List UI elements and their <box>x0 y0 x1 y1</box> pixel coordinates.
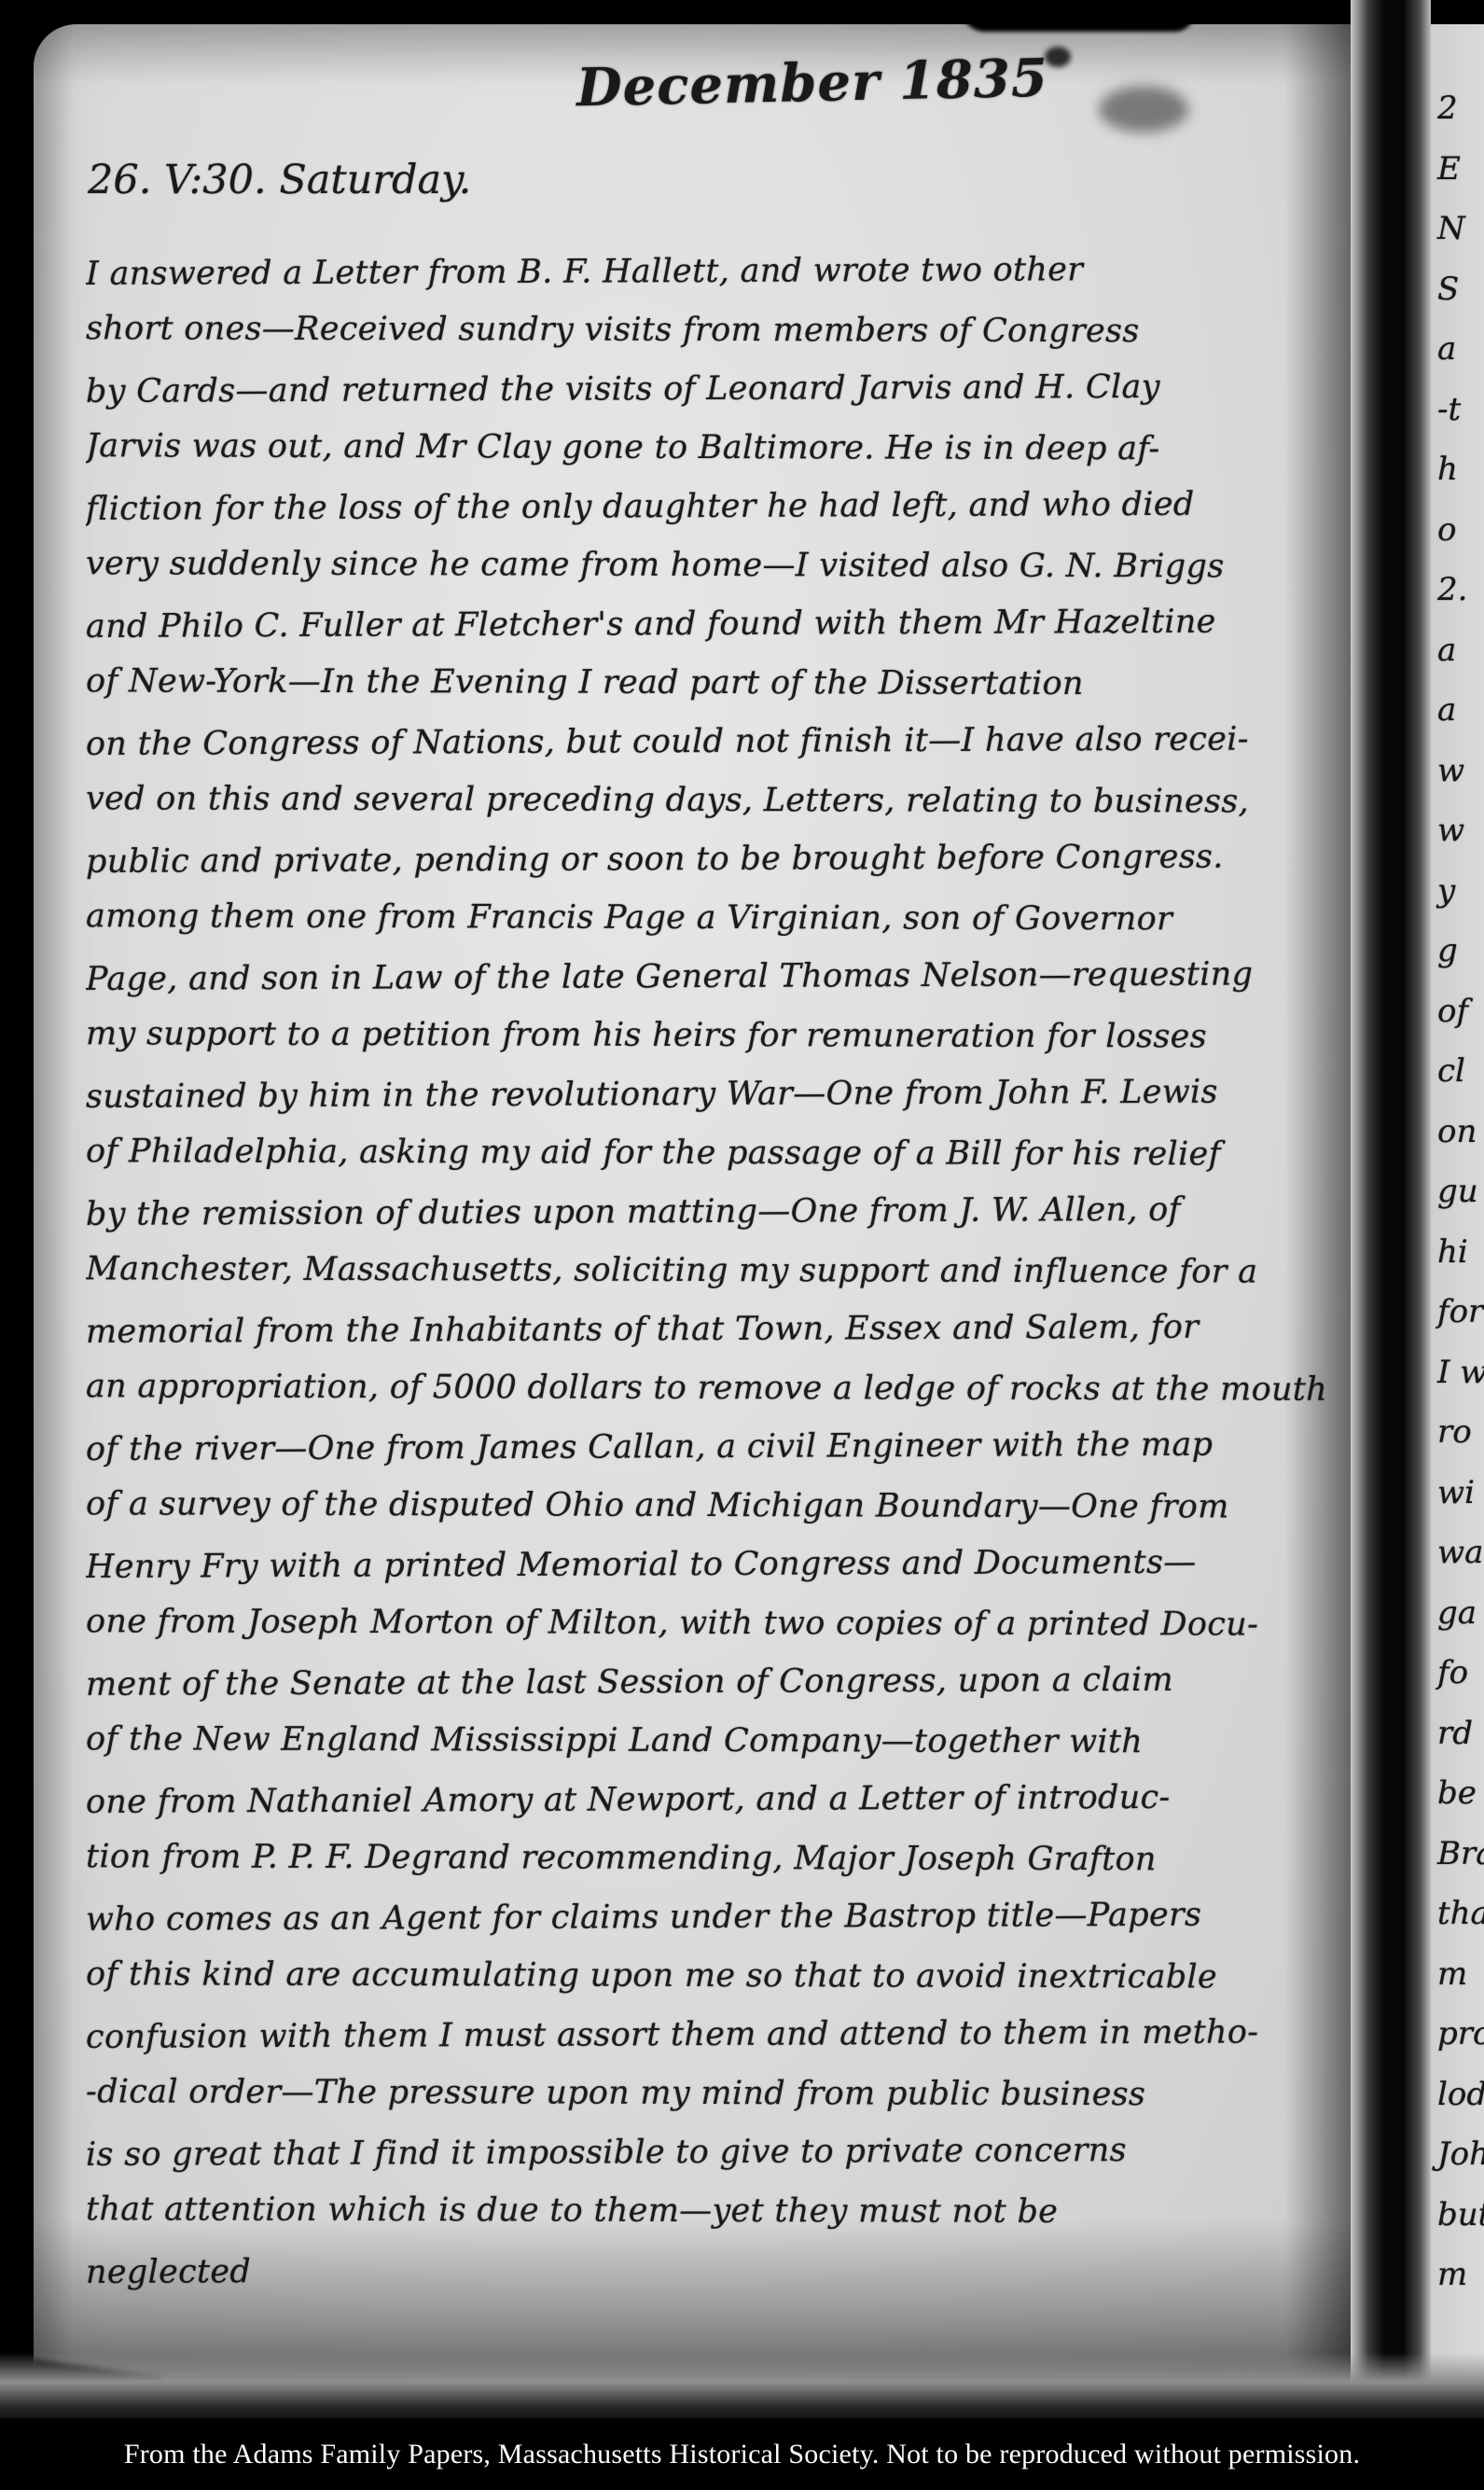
manuscript-line: -dical order—The pressure upon my mind f… <box>86 2063 1334 2125</box>
manuscript-line: among them one from Francis Page a Virgi… <box>86 887 1334 950</box>
manuscript-line: one from Nathaniel Amory at Newport, and… <box>86 1768 1334 1832</box>
adjacent-page-edge: 2ENSa-tho2.aawwygofclonguhiforI wrowiwag… <box>1431 24 1484 2429</box>
adjacent-page-line-fragment: h <box>1431 439 1484 500</box>
manuscript-line: fliction for the loss of the only daught… <box>86 475 1334 539</box>
adjacent-page-line-fragment: fo <box>1431 1643 1484 1704</box>
adjacent-page-line-fragment: Joh <box>1431 2124 1484 2185</box>
manuscript-line: sustained by him in the revolutionary Wa… <box>86 1063 1334 1127</box>
manuscript-line: public and private, pending or soon to b… <box>86 828 1334 892</box>
binding-gutter <box>1351 0 1431 2429</box>
adjacent-page-line-fragment: of <box>1431 981 1484 1042</box>
manuscript-photo: December 1835 26. V:30. Saturday. I answ… <box>0 0 1484 2490</box>
manuscript-line: by the remission of duties upon matting—… <box>86 1180 1334 1245</box>
adjacent-page-line-fragment: wa <box>1431 1523 1484 1583</box>
manuscript-line: short ones—Received sundry visits from m… <box>86 299 1334 362</box>
manuscript-line: Page, and son in Law of the late General… <box>86 945 1334 1009</box>
adjacent-page-line-fragment: w <box>1431 800 1484 861</box>
manuscript-line: memorial from the Inhabitants of that To… <box>86 1298 1334 1362</box>
manuscript-line: tion from P. P. F. Degrand recommending,… <box>86 1828 1334 1890</box>
adjacent-page-line-fragment: a <box>1431 680 1484 741</box>
manuscript-line: one from Joseph Morton of Milton, with t… <box>86 1593 1334 1655</box>
adjacent-page-line-fragment: y <box>1431 861 1484 922</box>
adjacent-page-line-fragment: a <box>1431 319 1484 380</box>
manuscript-line: by Cards—and returned the visits of Leon… <box>86 357 1334 422</box>
manuscript-line: I answered a Letter from B. F. Hallett, … <box>86 243 1334 304</box>
adjacent-page-line-fragment: Bra <box>1431 1824 1484 1885</box>
diary-page: December 1835 26. V:30. Saturday. I answ… <box>34 24 1351 2385</box>
manuscript-line: Henry Fry with a printed Memorial to Con… <box>86 1533 1334 1597</box>
manuscript-line: of New-York—In the Evening I read part o… <box>86 652 1334 715</box>
manuscript-line: and Philo C. Fuller at Fletcher's and fo… <box>86 592 1334 657</box>
caption-bar: From the Adams Family Papers, Massachuse… <box>0 2418 1484 2490</box>
adjacent-page-line-fragment: cl <box>1431 1041 1484 1102</box>
adjacent-page-line-fragment: tha <box>1431 1884 1484 1944</box>
manuscript-line: of the New England Mississippi Land Comp… <box>86 1710 1334 1773</box>
manuscript-line: ved on this and several preceding days, … <box>86 770 1334 832</box>
manuscript-line: that attention which is due to them—yet … <box>86 2180 1334 2243</box>
adjacent-page-line-fragment: I w <box>1431 1342 1484 1403</box>
adjacent-page-text-fragments: 2ENSa-tho2.aawwygofclonguhiforI wrowiwag… <box>1431 78 1484 2305</box>
adjacent-page-line-fragment: m <box>1431 2245 1484 2305</box>
adjacent-page-line-fragment: lodg <box>1431 2065 1484 2125</box>
adjacent-page-line-fragment: 2 <box>1431 78 1484 139</box>
manuscript-line: on the Congress of Nations, but could no… <box>86 710 1334 774</box>
manuscript-line: Jarvis was out, and Mr Clay gone to Balt… <box>86 417 1334 480</box>
adjacent-page-line-fragment: N <box>1431 199 1484 259</box>
adjacent-page-line-fragment: ro <box>1431 1402 1484 1463</box>
manuscript-line: of Philadelphia, asking my aid for the p… <box>86 1122 1334 1185</box>
adjacent-page-line-fragment: be <box>1431 1763 1484 1824</box>
adjacent-page-line-fragment: g <box>1431 921 1484 981</box>
manuscript-line: my support to a petition from his heirs … <box>86 1005 1334 1067</box>
entry-body: I answered a Letter from B. F. Hallett, … <box>86 243 1334 2300</box>
manuscript-line: ment of the Senate at the last Session o… <box>86 1650 1334 1715</box>
adjacent-page-line-fragment: E <box>1431 139 1484 200</box>
adjacent-page-line-fragment: o <box>1431 500 1484 561</box>
manuscript-line: of the river—One from James Callan, a ci… <box>86 1415 1334 1480</box>
adjacent-page-line-fragment: on <box>1431 1102 1484 1162</box>
entry-date-heading: 26. V:30. Saturday. <box>88 157 471 203</box>
manuscript-line: an appropriation, of 5000 dollars to rem… <box>86 1357 1334 1420</box>
adjacent-page-line-fragment: -t <box>1431 380 1484 440</box>
adjacent-page-line-fragment: but <box>1431 2185 1484 2246</box>
manuscript-line: of this kind are accumulating upon me so… <box>86 1945 1334 2008</box>
adjacent-page-line-fragment: wi <box>1431 1463 1484 1523</box>
adjacent-page-line-fragment: hi <box>1431 1222 1484 1283</box>
manuscript-line: is so great that I find it impossible to… <box>86 2121 1334 2185</box>
adjacent-page-line-fragment: ga <box>1431 1583 1484 1644</box>
adjacent-page-line-fragment: 2. <box>1431 560 1484 620</box>
manuscript-line: who comes as an Agent for claims under t… <box>86 1885 1334 1950</box>
page-header-date: December 1835 <box>576 48 1048 119</box>
adjacent-page-line-fragment: a <box>1431 620 1484 681</box>
adjacent-page-line-fragment: gu <box>1431 1162 1484 1222</box>
adjacent-page-line-fragment: w <box>1431 741 1484 801</box>
manuscript-line: very suddenly since he came from home—I … <box>86 535 1334 597</box>
manuscript-line: of a survey of the disputed Ohio and Mic… <box>86 1475 1334 1537</box>
attribution-caption: From the Adams Family Papers, Massachuse… <box>0 2439 1484 2470</box>
adjacent-page-line-fragment: pro <box>1431 2004 1484 2065</box>
manuscript-line: neglected <box>86 2238 1334 2300</box>
adjacent-page-line-fragment: for <box>1431 1282 1484 1342</box>
manuscript-line: confusion with them I must assort them a… <box>86 2003 1334 2067</box>
adjacent-page-line-fragment: rd <box>1431 1704 1484 1764</box>
manuscript-line: Manchester, Massachusetts, soliciting my… <box>86 1240 1334 1302</box>
adjacent-page-line-fragment: S <box>1431 259 1484 320</box>
adjacent-page-line-fragment: m <box>1431 1944 1484 2005</box>
